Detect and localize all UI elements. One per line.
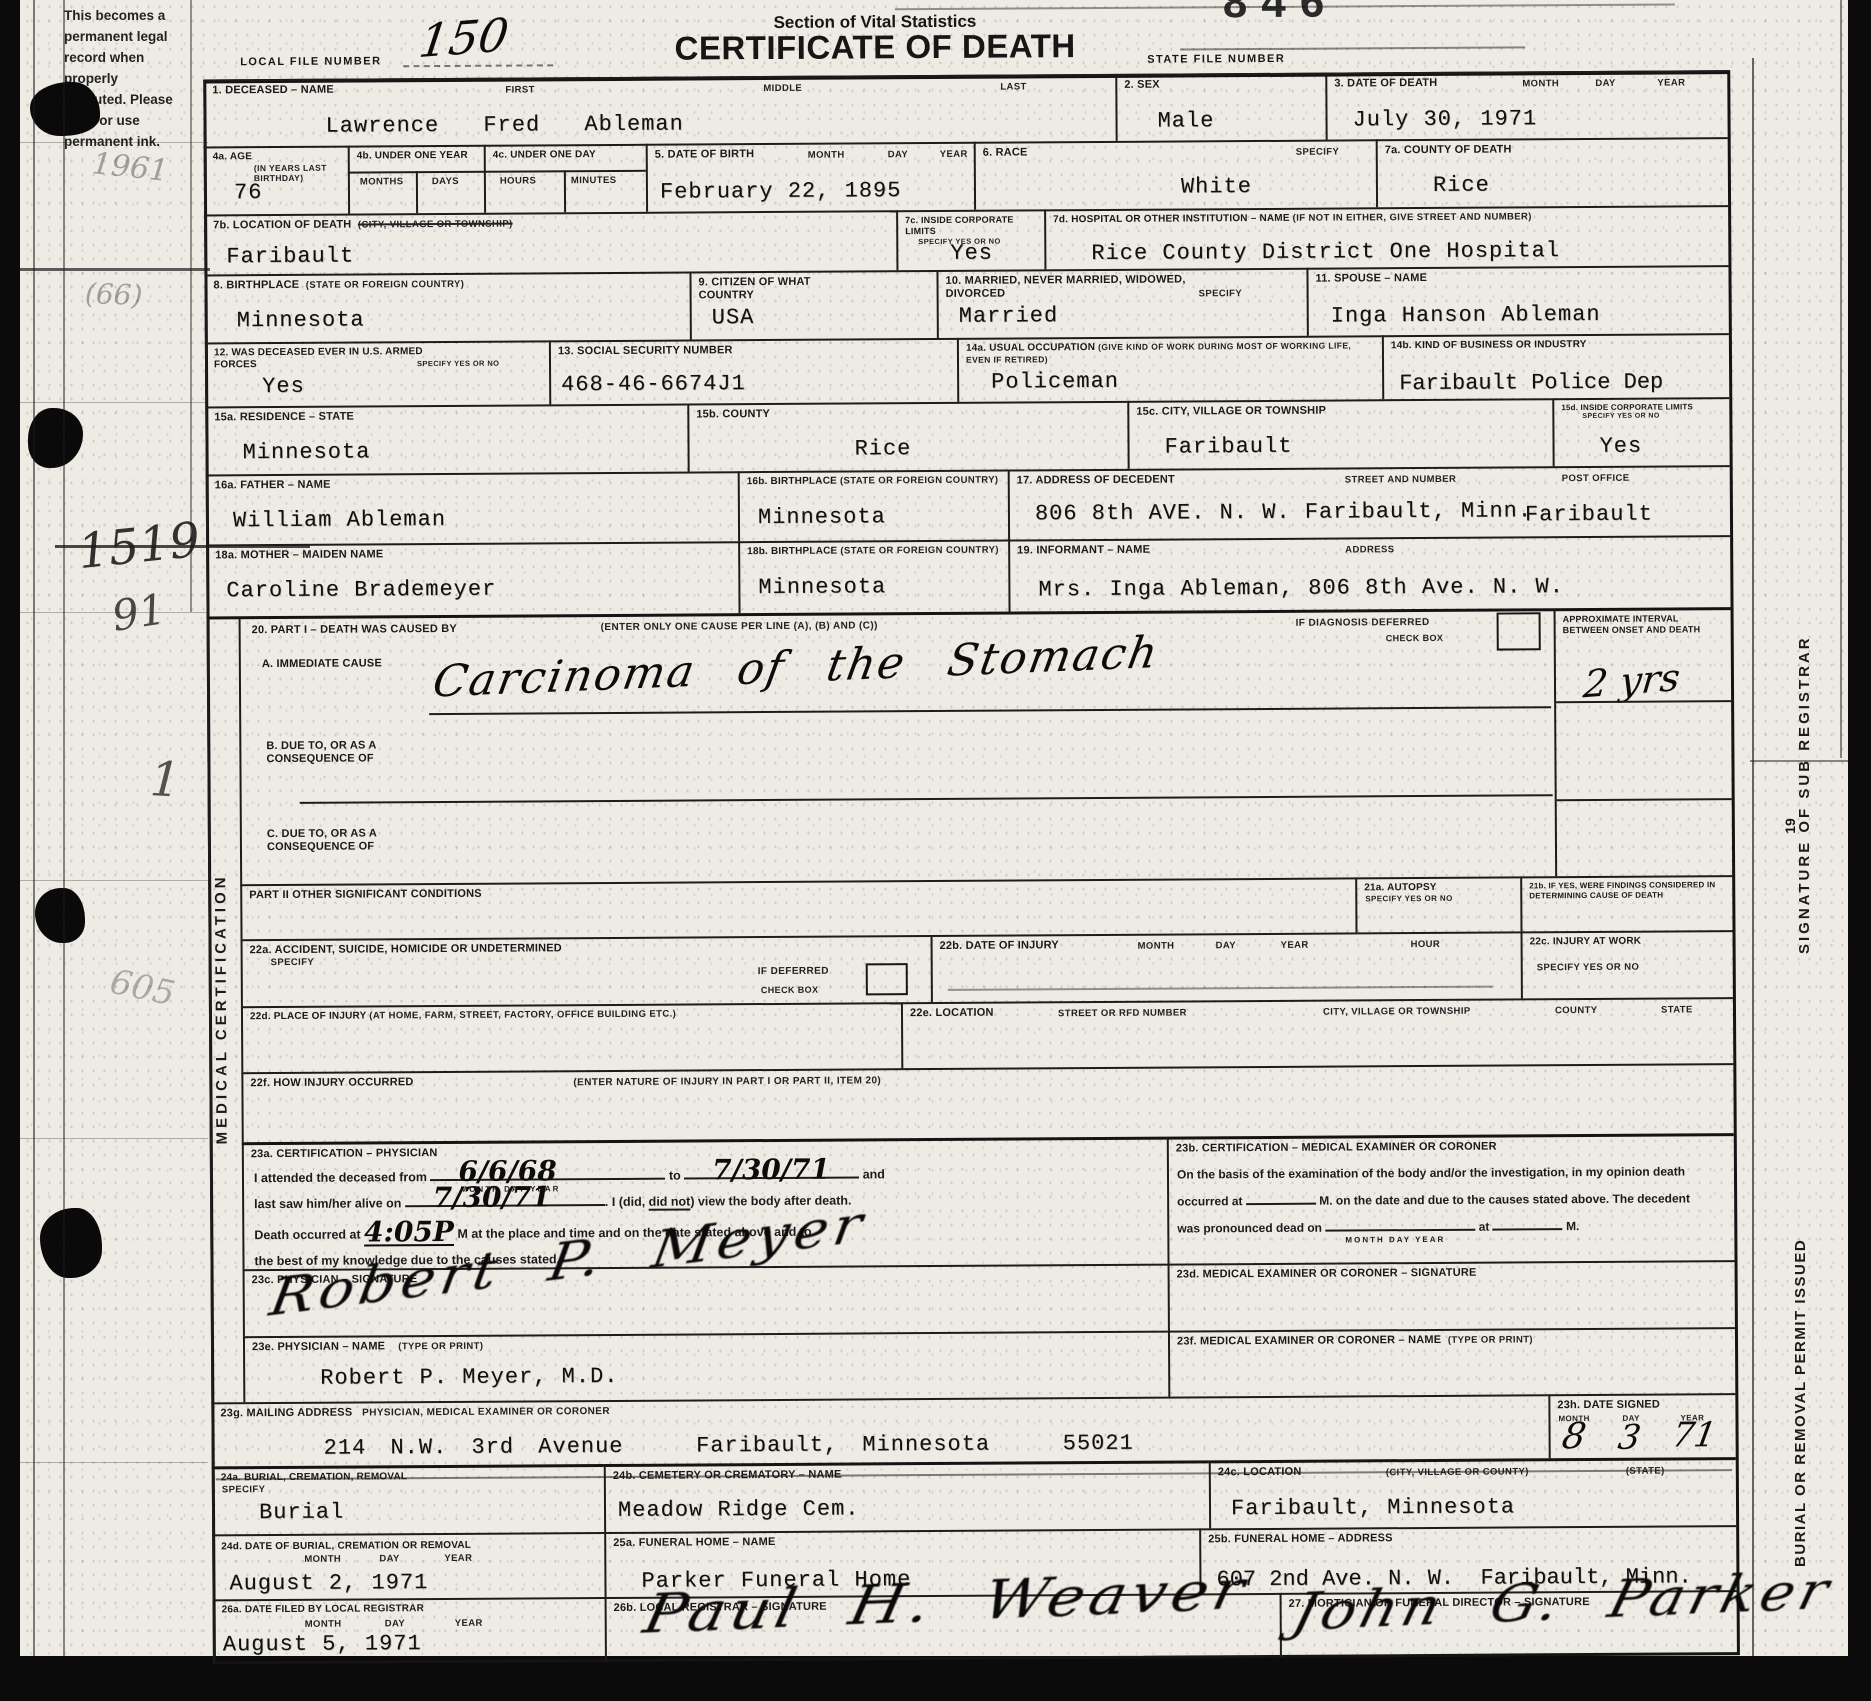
field-5-date-of-birth: 5. DATE OF BIRTH MONTH DAY YEAR February… bbox=[646, 142, 974, 212]
social-security-value: 468-46-6674J1 bbox=[561, 373, 746, 396]
field-14a-occupation: 14a. USUAL OCCUPATION (GIVE KIND OF WORK… bbox=[957, 335, 1382, 402]
cert-text: was pronounced dead on bbox=[1177, 1221, 1322, 1236]
field-15d-inside-corporate-limits: 15d. INSIDE CORPORATE LIMITS SPECIFY YES… bbox=[1552, 397, 1729, 466]
field-sublabel: MONTH bbox=[1522, 78, 1559, 90]
handwritten-year: 71 bbox=[1669, 1415, 1719, 1455]
field-2-sex: 2. SEX Male bbox=[1115, 73, 1325, 141]
field-label: 21b. IF YES, WERE FINDINGS CONSIDERED IN… bbox=[1522, 877, 1732, 900]
cert-text: I attended the deceased from bbox=[254, 1170, 427, 1185]
field-label: 2. SEX bbox=[1117, 75, 1325, 92]
field-4a-age: 4a. AGE (IN YEARS LAST BIRTHDAY) 76 bbox=[204, 146, 348, 215]
field-23f-coroner-name: 23f. MEDICAL EXAMINER OR CORONER – NAME … bbox=[1168, 1327, 1735, 1396]
field-label: 22c. INJURY AT WORK bbox=[1523, 932, 1733, 948]
field-7b-location-of-death: 7b. LOCATION OF DEATH (CITY, VILLAGE OR … bbox=[204, 210, 896, 274]
field-sublabel: (TYPE OR PRINT) bbox=[398, 1341, 483, 1353]
field-23g-mailing-address: 23g. MAILING ADDRESS PHYSICIAN, MEDICAL … bbox=[211, 1394, 1548, 1466]
field-sublabel: ADDRESS bbox=[1345, 544, 1394, 556]
field-label: 18a. MOTHER – MAIDEN NAME bbox=[208, 543, 738, 562]
field-22d-place-of-injury: 22d. PLACE OF INJURY (AT HOME, FARM, STR… bbox=[241, 1002, 901, 1072]
field-sublabel: MONTH bbox=[1138, 941, 1175, 953]
cert-text: last saw him/her alive on bbox=[254, 1196, 401, 1211]
field-24d-date-of-burial: 24d. DATE OF BURIAL, CREMATION OR REMOVA… bbox=[212, 1532, 604, 1599]
field-label: 12. WAS DECEASED EVER IN U.S. ARMED FORC… bbox=[207, 343, 448, 371]
residence-city-value: Faribault bbox=[1164, 436, 1292, 459]
field-label: 16a. FATHER – NAME bbox=[208, 473, 738, 492]
field-sublabel: STREET OR RFD NUMBER bbox=[1058, 1007, 1187, 1019]
state-file-number-label: STATE FILE NUMBER bbox=[1147, 53, 1285, 66]
field-sublabel: YEAR bbox=[1657, 77, 1685, 89]
residence-county-value: Rice bbox=[854, 438, 911, 460]
cert-text: M. bbox=[1566, 1219, 1579, 1233]
date-from-blank: 6/6/68MONTH DAY YEAR bbox=[430, 1166, 665, 1181]
field-sublabel: SPECIFY bbox=[214, 1482, 604, 1496]
field-24c-burial-location: 24c. LOCATION (CITY, VILLAGE OR COUNTY) … bbox=[1209, 1457, 1736, 1528]
burial-value: Burial bbox=[259, 1502, 344, 1525]
handwritten-cause-of-death: Carcinoma of the Stomach bbox=[429, 627, 1163, 708]
field-7d-hospital: 7d. HOSPITAL OR OTHER INSTITUTION – NAME… bbox=[1044, 205, 1728, 269]
field-part2-conditions: PART II OTHER SIGNIFICANT CONDITIONS bbox=[240, 877, 1355, 939]
field-note: (ENTER ONLY ONE CAUSE PER LINE (A), (B) … bbox=[601, 620, 878, 634]
field-sublabel: (IF NOT IN EITHER, GIVE STREET AND NUMBE… bbox=[1293, 211, 1532, 223]
field-label: 9. CITIZEN OF WHAT COUNTRY bbox=[691, 272, 852, 302]
deferred-checkbox bbox=[866, 963, 908, 995]
field-sublabel: POST OFFICE bbox=[1562, 473, 1630, 485]
field-label: 14b. KIND OF BUSINESS OR INDUSTRY bbox=[1384, 335, 1729, 352]
field-label: 8. BIRTHPLACE bbox=[213, 279, 299, 292]
field-label: 10. MARRIED, NEVER MARRIED, WIDOWED, DIV… bbox=[938, 270, 1219, 301]
handwritten-date-to: 7/30/71 bbox=[712, 1157, 830, 1184]
deferred-label: IF DIAGNOSIS DEFERRED bbox=[1296, 617, 1430, 630]
field-sublabel: DAY bbox=[1595, 78, 1615, 90]
business-value: Faribault Police Dep bbox=[1399, 372, 1663, 396]
diagnosis-deferred-checkbox bbox=[1497, 612, 1541, 650]
field-label: 13. SOCIAL SECURITY NUMBER bbox=[551, 340, 957, 359]
field-19-informant: 19. INFORMANT – NAME ADDRESS Mrs. Inga A… bbox=[1008, 535, 1730, 611]
field-sublabel: HOUR bbox=[1411, 939, 1441, 951]
field-12-armed-forces: 12. WAS DECEASED EVER IN U.S. ARMED FORC… bbox=[205, 340, 549, 406]
field-label: 26a. DATE FILED BY LOCAL REGISTRAR bbox=[215, 1599, 605, 1616]
rule-line bbox=[416, 171, 418, 213]
field-label: 14a. USUAL OCCUPATION bbox=[966, 342, 1095, 354]
checkbox-label: CHECK BOX bbox=[761, 985, 819, 996]
field-16b-father-birthplace: 16b. BIRTHPLACE (STATE OR FOREIGN COUNTR… bbox=[738, 470, 1008, 542]
mother-name-value: Caroline Brademeyer bbox=[226, 579, 496, 603]
handwritten-last-seen: 7/30/71 bbox=[433, 1184, 551, 1211]
field-sublabel: MONTH bbox=[808, 150, 845, 162]
residence-state-value: Minnesota bbox=[242, 441, 370, 464]
residence-corporate-limits-value: Yes bbox=[1599, 436, 1642, 458]
sex-value: Male bbox=[1157, 110, 1214, 132]
field-sublabel: (TYPE OR PRINT) bbox=[1448, 1334, 1533, 1346]
due-to-c-label: C. DUE TO, OR AS A CONSEQUENCE OF bbox=[260, 824, 431, 854]
field-label: 23b. CERTIFICATION – MEDICAL EXAMINER OR… bbox=[1169, 1136, 1734, 1156]
field-10-marital-status: 10. MARRIED, NEVER MARRIED, WIDOWED, DIV… bbox=[936, 268, 1306, 338]
field-sublabel: (STATE OR FOREIGN COUNTRY) bbox=[840, 475, 999, 487]
physician-name-value: Robert P. Meyer, M.D. bbox=[320, 1366, 618, 1390]
handwritten-time-of-death: 4:05P bbox=[364, 1215, 454, 1249]
field-label: 23d. MEDICAL EXAMINER OR CORONER – SIGNA… bbox=[1170, 1262, 1735, 1282]
field-13-social-security: 13. SOCIAL SECURITY NUMBER 468-46-6674J1 bbox=[549, 338, 957, 404]
field-label: 23g. MAILING ADDRESS bbox=[220, 1407, 352, 1420]
field-label: 4a. AGE bbox=[206, 148, 348, 164]
field-3-date-of-death: 3. DATE OF DEATH MONTH DAY YEAR July 30,… bbox=[1325, 70, 1727, 139]
field-interval-onset-death: APPROXIMATE INTERVAL BETWEEN ONSET AND D… bbox=[1554, 607, 1733, 876]
date-of-death-value: July 30, 1971 bbox=[1352, 108, 1537, 131]
field-sublabel: SPECIFY YES OR NO bbox=[417, 359, 499, 369]
coroner-certification-text: On the basis of the examination of the b… bbox=[1177, 1158, 1729, 1242]
field-14b-business: 14b. KIND OF BUSINESS OR INDUSTRY Fariba… bbox=[1382, 333, 1729, 399]
cert-text: and bbox=[863, 1167, 885, 1181]
field-8-birthplace: 8. BIRTHPLACE (STATE OR FOREIGN COUNTRY)… bbox=[204, 271, 689, 342]
field-23h-date-signed: 23h. DATE SIGNED MONTH DAY YEAR 8 3 71 bbox=[1548, 1393, 1735, 1458]
informant-value: Mrs. Inga Ableman, 806 8th Ave. N. W. bbox=[1038, 576, 1564, 601]
field-22f-how-injury-occurred: 22f. HOW INJURY OCCURRED (ENTER NATURE O… bbox=[241, 1063, 1733, 1142]
mother-birthplace-value: Minnesota bbox=[758, 576, 886, 599]
field-label: 11. SPOUSE – NAME bbox=[1308, 267, 1728, 286]
field-label: 21a. AUTOPSY bbox=[1357, 878, 1520, 894]
field-sublabel: YEAR bbox=[455, 1618, 483, 1630]
rule-line bbox=[948, 986, 1493, 991]
field-label: 22d. PLACE OF INJURY bbox=[250, 1010, 366, 1022]
field-label: 20. PART I – DEATH WAS CAUSED BY bbox=[245, 620, 461, 638]
cert-text: to bbox=[669, 1169, 681, 1183]
field-sublabel: MONTH bbox=[305, 1619, 342, 1631]
age-value: 76 bbox=[234, 182, 263, 204]
field-sublabel: DAY bbox=[385, 1618, 405, 1630]
burial-location-value: Faribault, Minnesota bbox=[1231, 1496, 1515, 1520]
decedent-address-value: 806 8th AVE. N. W. Faribault, Minn. bbox=[1035, 500, 1532, 525]
field-label: 15a. RESIDENCE – STATE bbox=[207, 406, 687, 425]
handwritten-day: 3 bbox=[1615, 1418, 1643, 1458]
field-label: PART II OTHER SIGNIFICANT CONDITIONS bbox=[242, 879, 1355, 902]
field-sublabel: MONTH bbox=[304, 1554, 341, 1566]
field-label: 23h. DATE SIGNED bbox=[1550, 1395, 1735, 1412]
field-sublabel: STREET AND NUMBER bbox=[1345, 474, 1457, 486]
cert-text: On the basis of the examination of the b… bbox=[1177, 1164, 1685, 1181]
field-sublabel: MIDDLE bbox=[763, 83, 802, 95]
rule-line bbox=[403, 64, 553, 67]
field-22e-location: 22e. LOCATION STREET OR RFD NUMBER CITY,… bbox=[901, 997, 1733, 1068]
field-sublabel: CITY, VILLAGE OR TOWNSHIP bbox=[1323, 1006, 1471, 1018]
cert-text: Death occurred at bbox=[254, 1228, 360, 1243]
field-sublabel: STATE bbox=[1661, 1004, 1693, 1016]
field-1-deceased-name: 1. DECEASED – NAME FIRST MIDDLE LAST Law… bbox=[203, 74, 1115, 147]
field-sublabel: PHYSICIAN, MEDICAL EXAMINER OR CORONER bbox=[362, 1406, 610, 1419]
field-15c-residence-city: 15c. CITY, VILLAGE OR TOWNSHIP Faribault bbox=[1127, 398, 1552, 469]
field-17-address-of-decedent: 17. ADDRESS OF DECEDENT STREET AND NUMBE… bbox=[1008, 465, 1730, 539]
field-26b-registrar-signature: 26b. LOCAL REGISTRAR – SIGNATURE Paul H.… bbox=[605, 1593, 1280, 1662]
field-7c-inside-corporate-limits: 7c. INSIDE CORPORATE LIMITS SPECIFY YES … bbox=[896, 209, 1044, 270]
pronounced-date-blank: MONTH DAY YEAR bbox=[1325, 1217, 1475, 1232]
armed-forces-value: Yes bbox=[262, 376, 305, 398]
month-day-year-sublabel: MONTH DAY YEAR bbox=[1345, 1235, 1445, 1245]
occupation-value: Policeman bbox=[991, 371, 1119, 394]
cert-text: at bbox=[1479, 1220, 1490, 1234]
field-sublabel: SPECIFY YES OR NO bbox=[1357, 893, 1520, 904]
field-16a-father-name: 16a. FATHER – NAME William Ableman bbox=[206, 471, 738, 544]
field-label: 23a. CERTIFICATION – PHYSICIAN bbox=[244, 1140, 1167, 1162]
field-label: 4c. UNDER ONE DAY bbox=[486, 146, 646, 162]
county-of-death-value: Rice bbox=[1433, 175, 1490, 197]
field-label: 25b. FUNERAL HOME – ADDRESS bbox=[1201, 1527, 1736, 1546]
field-sublabel: MONTHS bbox=[360, 176, 404, 188]
local-file-number-value: 150 bbox=[416, 8, 512, 69]
field-label: 1. DECEASED – NAME bbox=[205, 76, 1115, 98]
citizen-value: USA bbox=[712, 307, 755, 329]
deferred-label: IF DEFERRED bbox=[758, 966, 829, 978]
field-label: 16b. BIRTHPLACE bbox=[747, 476, 837, 488]
field-sublabel: (STATE OR FOREIGN COUNTRY) bbox=[840, 545, 999, 557]
deceased-name-value: Lawrence Fred Ableman bbox=[326, 114, 684, 138]
field-label: APPROXIMATE INTERVAL BETWEEN ONSET AND D… bbox=[1556, 610, 1717, 636]
field-23c-physician-signature: 23c. PHYSICIAN – SIGNATURE Robert P. Mey… bbox=[243, 1264, 1168, 1337]
field-24b-cemetery: 24b. CEMETERY OR CREMATORY – NAME Meadow… bbox=[604, 1460, 1209, 1532]
scanned-death-certificate: This becomes a permanent legal record wh… bbox=[0, 0, 1871, 1701]
field-sublabel: (IN YEARS LAST BIRTHDAY) bbox=[206, 163, 348, 184]
field-27-mortician-signature: 27. MORTICIAN OR FUNERAL DIRECTOR – SIGN… bbox=[1280, 1590, 1737, 1658]
field-sublabel: FIRST bbox=[505, 84, 535, 96]
field-26a-date-filed: 26a. DATE FILED BY LOCAL REGISTRAR MONTH… bbox=[213, 1597, 605, 1664]
marital-status-value: Married bbox=[959, 305, 1059, 328]
field-21a-autopsy: 21a. AUTOPSY SPECIFY YES OR NO bbox=[1355, 876, 1520, 932]
field-label: 18b. BIRTHPLACE bbox=[747, 546, 837, 558]
field-22b-date-of-injury: 22b. DATE OF INJURY MONTH DAY YEAR HOUR bbox=[931, 931, 1521, 1002]
immediate-cause-label: A. IMMEDIATE CAUSE bbox=[255, 654, 386, 671]
field-sublabel: MINUTES bbox=[571, 175, 617, 187]
post-office-value: Faribault bbox=[1525, 504, 1653, 527]
field-label: 7d. HOSPITAL OR OTHER INSTITUTION – NAME bbox=[1053, 213, 1290, 225]
checkbox-label: CHECK BOX bbox=[1386, 633, 1444, 644]
rule-line bbox=[1556, 700, 1731, 703]
corporate-limits-value: Yes bbox=[950, 243, 993, 265]
field-label: 25a. FUNERAL HOME – NAME bbox=[606, 1530, 1199, 1550]
field-label: 7b. LOCATION OF DEATH bbox=[213, 219, 351, 232]
field-sublabel: YEAR bbox=[1281, 940, 1309, 952]
medical-certification-label: MEDICAL CERTIFICATION bbox=[211, 629, 242, 1389]
field-label: 23e. PHYSICIAN – NAME bbox=[252, 1340, 385, 1353]
field-22c-injury-at-work: 22c. INJURY AT WORK SPECIFY YES OR NO bbox=[1521, 930, 1733, 998]
field-label: 22e. LOCATION bbox=[903, 999, 1733, 1020]
hospital-value: Rice County District One Hospital bbox=[1091, 240, 1560, 265]
medical-certification-strip: MEDICAL CERTIFICATION bbox=[207, 616, 244, 1402]
birthplace-value: Minnesota bbox=[237, 309, 365, 332]
field-sublabel: SPECIFY YES OR NO bbox=[1554, 412, 1729, 421]
field-sublabel: HOURS bbox=[500, 175, 536, 187]
rule-line bbox=[1180, 46, 1525, 50]
field-sublabel: LAST bbox=[1000, 81, 1026, 93]
local-file-number-label: LOCAL FILE NUMBER bbox=[240, 55, 381, 68]
field-15b-residence-county: 15b. COUNTY Rice bbox=[687, 401, 1127, 472]
did-not-underlined: did not bbox=[649, 1195, 691, 1209]
burial-date-value: August 2, 1971 bbox=[229, 1572, 428, 1595]
field-label: 23f. MEDICAL EXAMINER OR CORONER – NAME bbox=[1177, 1334, 1441, 1348]
race-value: White bbox=[1181, 176, 1252, 198]
field-sublabel: YEAR bbox=[940, 149, 968, 161]
field-label: 15b. COUNTY bbox=[689, 403, 1127, 422]
field-24a-burial-cremation: 24a. BURIAL, CREMATION, REMOVAL SPECIFY … bbox=[212, 1464, 604, 1534]
spouse-name-value: Inga Hanson Ableman bbox=[1331, 304, 1601, 328]
field-23b-certification-coroner: 23b. CERTIFICATION – MEDICAL EXAMINER OR… bbox=[1167, 1133, 1735, 1263]
father-birthplace-value: Minnesota bbox=[758, 506, 886, 529]
field-label: 15d. INSIDE CORPORATE LIMITS bbox=[1554, 399, 1729, 413]
field-label: 7a. COUNTY OF DEATH bbox=[1378, 139, 1728, 157]
field-sublabel: SPECIFY bbox=[1199, 288, 1243, 300]
field-sublabel: (CITY, VILLAGE OR TOWNSHIP) bbox=[358, 219, 513, 231]
cert-text: occurred at bbox=[1177, 1194, 1242, 1208]
field-label: 15c. CITY, VILLAGE OR TOWNSHIP bbox=[1129, 400, 1552, 419]
field-sublabel: DAY bbox=[1216, 940, 1236, 952]
cemetery-value: Meadow Ridge Cem. bbox=[618, 1498, 860, 1521]
field-sublabel: SPECIFY YES OR NO bbox=[1523, 947, 1733, 974]
due-to-b-label: B. DUE TO, OR AS A CONSEQUENCE OF bbox=[259, 736, 430, 766]
field-7a-county-of-death: 7a. COUNTY OF DEATH Rice bbox=[1376, 137, 1728, 207]
field-sublabel: COUNTY bbox=[1555, 1005, 1598, 1017]
field-label: 24d. DATE OF BURIAL, CREMATION OR REMOVA… bbox=[214, 1537, 475, 1554]
field-20-cause-of-death: 20. PART I – DEATH WAS CAUSED BY (ENTER … bbox=[239, 608, 1556, 884]
field-sublabel: DAY bbox=[379, 1553, 399, 1565]
field-sublabel: YEAR bbox=[444, 1553, 472, 1565]
field-23d-coroner-signature: 23d. MEDICAL EXAMINER OR CORONER – SIGNA… bbox=[1168, 1260, 1735, 1330]
certificate-sheet: 846 Section of Vital Statistics CERTIFIC… bbox=[0, 0, 1871, 1701]
cert-text: . I (did, bbox=[605, 1195, 649, 1209]
field-15a-residence-state: 15a. RESIDENCE – STATE Minnesota bbox=[205, 404, 687, 475]
date-filed-value: August 5, 1971 bbox=[223, 1633, 422, 1656]
father-name-value: William Ableman bbox=[233, 509, 446, 532]
location-of-death-value: Faribault bbox=[226, 246, 354, 269]
field-sublabel: DAY bbox=[888, 149, 908, 161]
date-of-birth-value: February 22, 1895 bbox=[660, 180, 902, 203]
field-23e-physician-name: 23e. PHYSICIAN – NAME (TYPE OR PRINT) Ro… bbox=[243, 1331, 1168, 1403]
rule-line bbox=[1557, 798, 1732, 801]
last-seen-blank: 7/30/71 bbox=[405, 1192, 605, 1207]
rule-line bbox=[564, 170, 566, 212]
field-label: 7c. INSIDE CORPORATE LIMITS bbox=[898, 211, 1044, 236]
mailing-address-value: 214 N.W. 3rd Avenue Faribault, Minnesota… bbox=[324, 1433, 1134, 1460]
field-sublabel: SPECIFY bbox=[1296, 147, 1340, 159]
field-sublabel: (STATE OR FOREIGN COUNTRY) bbox=[306, 279, 465, 291]
handwritten-interval-value: 2 yrs bbox=[1581, 655, 1682, 706]
field-9-citizen: 9. CITIZEN OF WHAT COUNTRY USA bbox=[689, 270, 936, 340]
field-21b-findings-considered: 21b. IF YES, WERE FINDINGS CONSIDERED IN… bbox=[1520, 875, 1732, 931]
field-sublabel: (AT HOME, FARM, STREET, FACTORY, OFFICE … bbox=[369, 1009, 676, 1022]
date-to-blank: 7/30/71 bbox=[684, 1164, 859, 1179]
field-sublabel: (ENTER NATURE OF INJURY IN PART I OR PAR… bbox=[573, 1075, 881, 1089]
pronounced-time-blank bbox=[1493, 1216, 1563, 1230]
field-label: 4b. UNDER ONE YEAR bbox=[350, 147, 484, 163]
field-18a-mother-name: 18a. MOTHER – MAIDEN NAME Caroline Brade… bbox=[206, 541, 738, 616]
field-22a-accident-suicide: 22a. ACCIDENT, SUICIDE, HOMICIDE OR UNDE… bbox=[241, 935, 931, 1006]
field-18b-mother-birthplace: 18b. BIRTHPLACE (STATE OR FOREIGN COUNTR… bbox=[738, 540, 1008, 614]
cert-text: M. on the date and due to the causes sta… bbox=[1319, 1191, 1690, 1207]
field-sublabel: DAYS bbox=[432, 176, 459, 188]
field-6-race: 6. RACE SPECIFY White bbox=[974, 139, 1376, 209]
corner-number-fragment: 846 bbox=[1223, 0, 1339, 28]
page-title: CERTIFICATE OF DEATH bbox=[555, 26, 1195, 68]
field-11-spouse-name: 11. SPOUSE – NAME Inga Hanson Ableman bbox=[1306, 265, 1728, 336]
time-blank bbox=[1246, 1191, 1316, 1205]
